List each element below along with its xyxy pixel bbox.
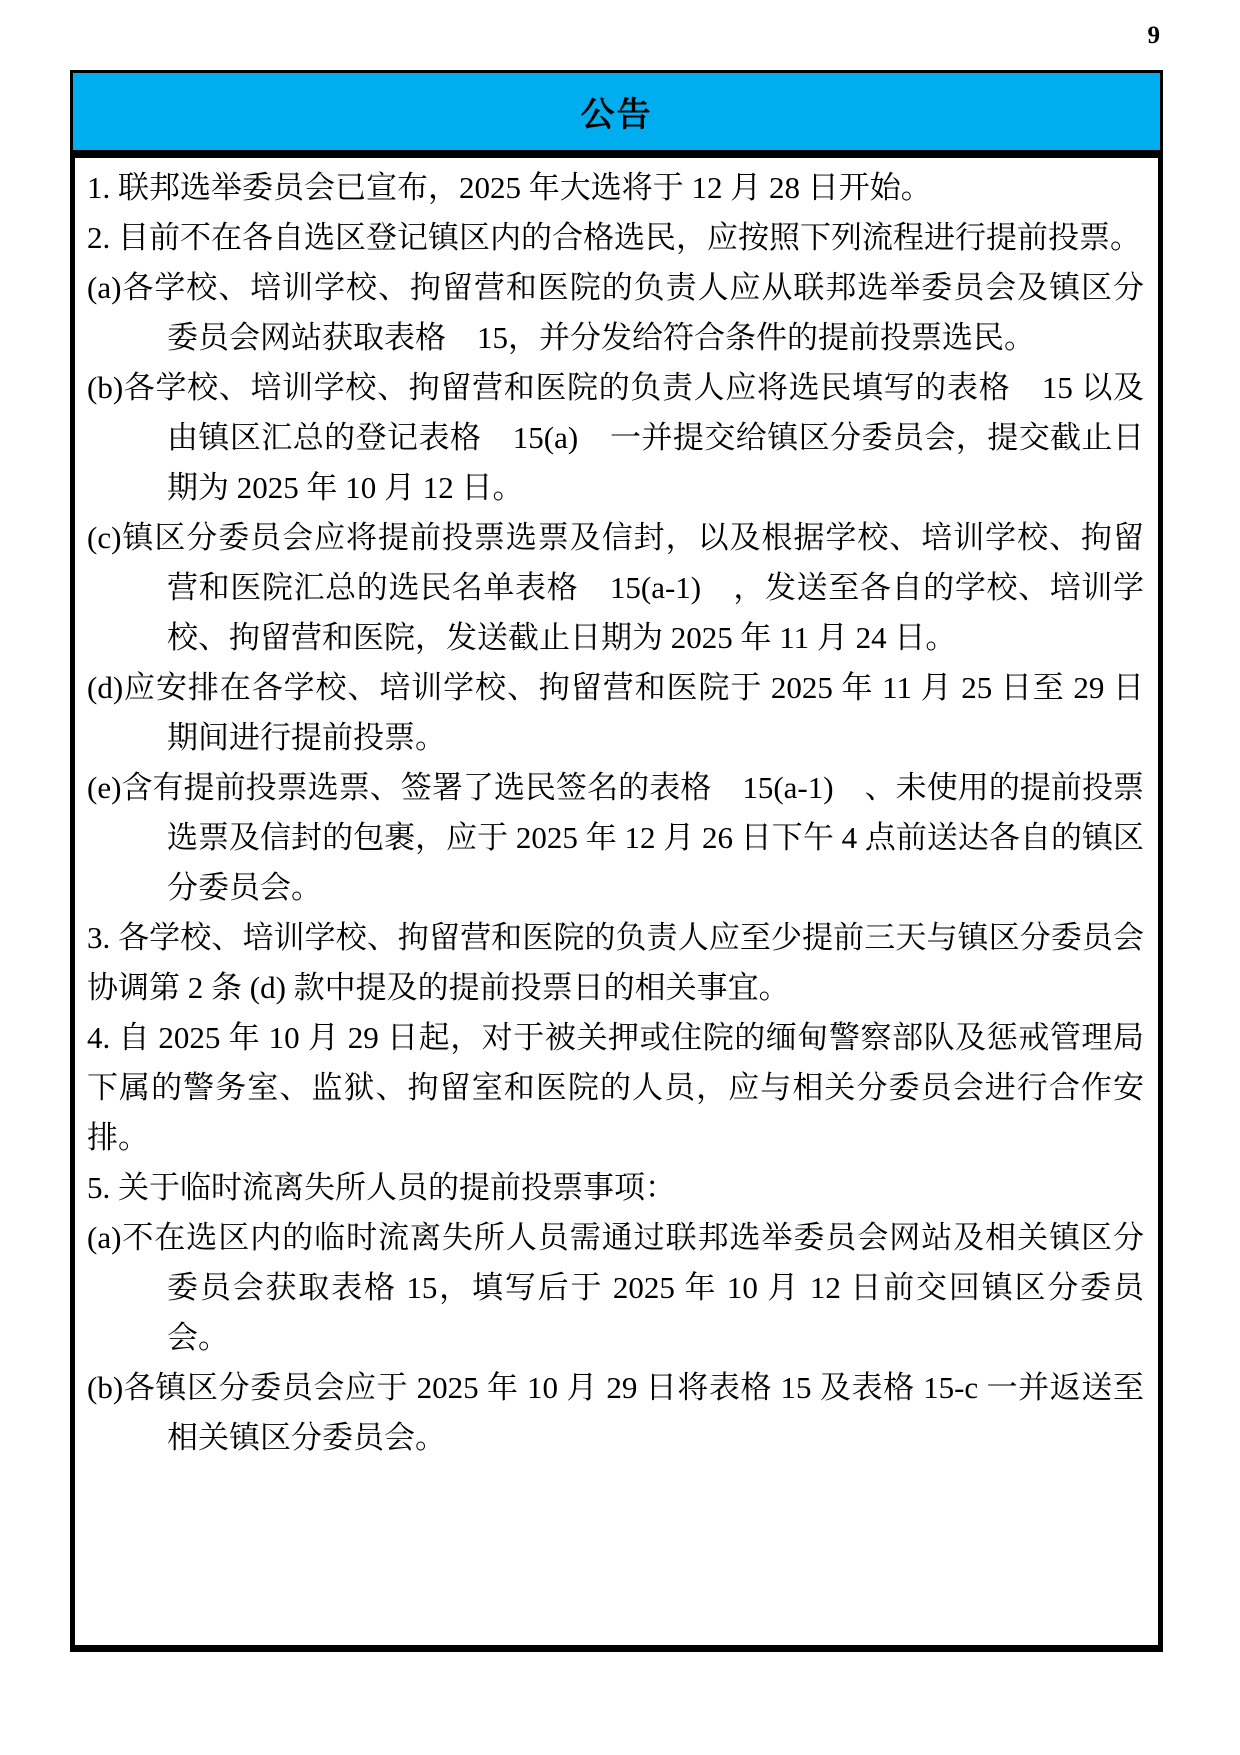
paragraph-item-4: 4. 自 2025 年 10 月 29 日起，对于被关押或住院的缅甸警察部队及惩… [87, 1013, 1144, 1163]
paragraph-item-2a: (a)各学校、培训学校、拘留营和医院的负责人应从联邦选举委员会及镇区分委员会网站… [87, 263, 1144, 363]
announcement-body: 1. 联邦选举委员会已宣布，2025 年大选将于 12 月 28 日开始。 2.… [70, 153, 1163, 1652]
announcement-header: 公告 [70, 70, 1163, 153]
paragraph-item-5: 5. 关于临时流离失所人员的提前投票事项： [87, 1163, 1144, 1213]
paragraph-item-2b: (b)各学校、培训学校、拘留营和医院的负责人应将选民填写的表格 15 以及由镇区… [87, 363, 1144, 513]
paragraph-item-5b: (b)各镇区分委员会应于 2025 年 10 月 29 日将表格 15 及表格 … [87, 1363, 1144, 1463]
paragraph-item-2c: (c)镇区分委员会应将提前投票选票及信封，以及根据学校、培训学校、拘留营和医院汇… [87, 513, 1144, 663]
paragraph-item-2: 2. 目前不在各自选区登记镇区内的合格选民，应按照下列流程进行提前投票。 [87, 213, 1144, 263]
page-number: 9 [1148, 22, 1161, 50]
paragraph-item-5a: (a)不在选区内的临时流离失所人员需通过联邦选举委员会网站及相关镇区分委员会获取… [87, 1213, 1144, 1363]
announcement-title: 公告 [581, 87, 653, 136]
paragraph-item-2d: (d)应安排在各学校、培训学校、拘留营和医院于 2025 年 11 月 25 日… [87, 663, 1144, 763]
document-page: 9 公告 1. 联邦选举委员会已宣布，2025 年大选将于 12 月 28 日开… [0, 0, 1240, 1755]
paragraph-item-1: 1. 联邦选举委员会已宣布，2025 年大选将于 12 月 28 日开始。 [87, 163, 1144, 213]
paragraph-item-3: 3. 各学校、培训学校、拘留营和医院的负责人应至少提前三天与镇区分委员会协调第 … [87, 913, 1144, 1013]
paragraph-item-2e: (e)含有提前投票选票、签署了选民签名的表格 15(a-1) 、未使用的提前投票… [87, 763, 1144, 913]
